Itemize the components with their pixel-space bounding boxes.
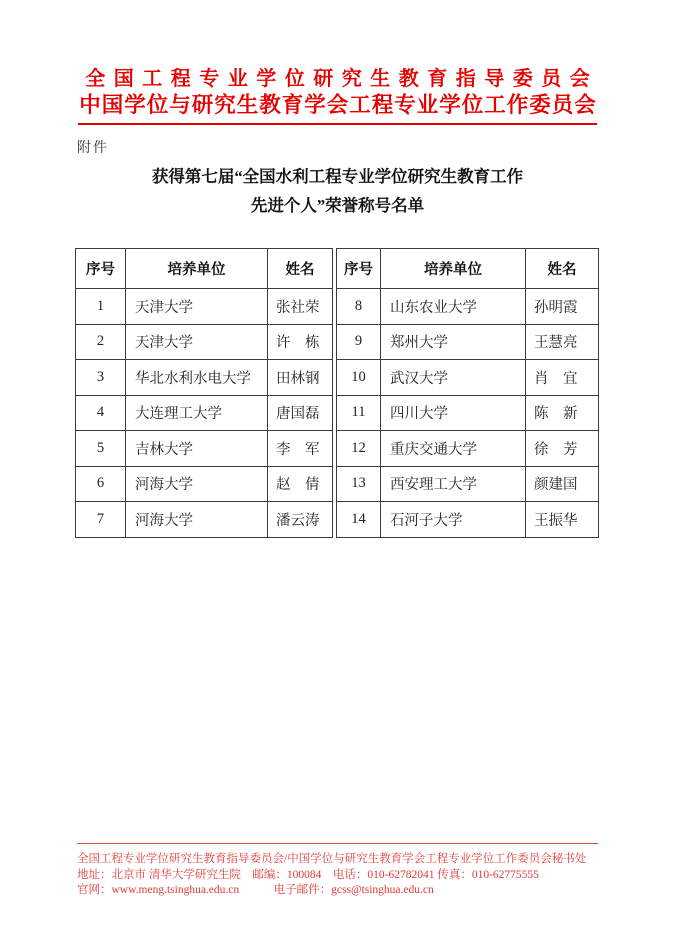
name-cell: 许 栋 [268, 324, 333, 360]
table-row: 2 天津大学 许 栋 [76, 324, 333, 360]
table-row: 6 河海大学 赵 倩 [76, 466, 333, 502]
table-row: 8 山东农业大学 孙明霞 [337, 289, 599, 325]
seq-cell: 7 [76, 502, 126, 538]
seq-cell: 10 [337, 360, 381, 396]
table-row: 13 西安理工大学 颜建国 [337, 466, 599, 502]
name-cell: 徐 芳 [526, 431, 599, 467]
document-page: 全国工程专业学位研究生教育指导委员会 中国学位与研究生教育学会工程专业学位工作委… [0, 0, 675, 949]
footer-contact-line: 官网：www.meng.tsinghua.edu.cn 电子邮件：gcss@ts… [77, 883, 598, 899]
document-title: 获得第七届“全国水利工程专业学位研究生教育工作 先进个人”荣誉称号名单 [0, 162, 675, 220]
table-row: 14 石河子大学 王振华 [337, 502, 599, 538]
unit-cell: 石河子大学 [381, 502, 526, 538]
footer-address-line: 地址：北京市 清华大学研究生院 邮编：100084 电话：010-6278204… [77, 868, 598, 884]
unit-cell: 郑州大学 [381, 324, 526, 360]
unit-cell: 河海大学 [126, 502, 268, 538]
name-cell: 肖 宜 [526, 360, 599, 396]
table-row: 3 华北水利水电大学 田林钢 [76, 360, 333, 396]
table-row: 7 河海大学 潘云涛 [76, 502, 333, 538]
name-cell: 陈 新 [526, 395, 599, 431]
seq-cell: 13 [337, 466, 381, 502]
table-row: 1 天津大学 张社荣 [76, 289, 333, 325]
unit-cell: 天津大学 [126, 324, 268, 360]
name-cell: 王振华 [526, 502, 599, 538]
name-cell: 李 军 [268, 431, 333, 467]
attachment-label: 附件 [77, 137, 109, 157]
letterhead-line-1: 全国工程专业学位研究生教育指导委员会 [78, 66, 606, 92]
unit-cell: 武汉大学 [381, 360, 526, 396]
seq-cell: 12 [337, 431, 381, 467]
table-row: 5 吉林大学 李 军 [76, 431, 333, 467]
unit-cell: 山东农业大学 [381, 289, 526, 325]
roster-table-left: 序号 培养单位 姓名 1 天津大学 张社荣 2 天津大学 许 栋 3 华北水利水… [75, 248, 333, 538]
unit-cell: 四川大学 [381, 395, 526, 431]
seq-cell: 4 [76, 395, 126, 431]
roster-table-right: 序号 培养单位 姓名 8 山东农业大学 孙明霞 9 郑州大学 王慧亮 10 武汉… [336, 248, 599, 538]
unit-cell: 西安理工大学 [381, 466, 526, 502]
seq-cell: 5 [76, 431, 126, 467]
seq-cell: 1 [76, 289, 126, 325]
unit-cell: 河海大学 [126, 466, 268, 502]
seq-cell: 9 [337, 324, 381, 360]
letterhead-line-2: 中国学位与研究生教育学会工程专业学位工作委员会 [78, 92, 598, 118]
name-cell: 唐国磊 [268, 395, 333, 431]
name-cell: 潘云涛 [268, 502, 333, 538]
table-row: 12 重庆交通大学 徐 芳 [337, 431, 599, 467]
roster-tables: 序号 培养单位 姓名 1 天津大学 张社荣 2 天津大学 许 栋 3 华北水利水… [75, 248, 599, 538]
document-title-line-1: 获得第七届“全国水利工程专业学位研究生教育工作 [0, 162, 675, 191]
unit-cell: 华北水利水电大学 [126, 360, 268, 396]
document-title-line-2: 先进个人”荣誉称号名单 [0, 191, 675, 220]
name-cell: 王慧亮 [526, 324, 599, 360]
table-row: 11 四川大学 陈 新 [337, 395, 599, 431]
name-cell: 孙明霞 [526, 289, 599, 325]
column-header-unit: 培养单位 [381, 249, 526, 289]
name-cell: 田林钢 [268, 360, 333, 396]
unit-cell: 重庆交通大学 [381, 431, 526, 467]
unit-cell: 吉林大学 [126, 431, 268, 467]
seq-cell: 14 [337, 502, 381, 538]
seq-cell: 11 [337, 395, 381, 431]
table-header-row: 序号 培养单位 姓名 [337, 249, 599, 289]
seq-cell: 8 [337, 289, 381, 325]
name-cell: 赵 倩 [268, 466, 333, 502]
unit-cell: 天津大学 [126, 289, 268, 325]
footer-secretariat-line: 全国工程专业学位研究生教育指导委员会/中国学位与研究生教育学会工程专业学位工作委… [77, 852, 598, 868]
table-header-row: 序号 培养单位 姓名 [76, 249, 333, 289]
footer: 全国工程专业学位研究生教育指导委员会/中国学位与研究生教育学会工程专业学位工作委… [77, 843, 598, 899]
table-row: 4 大连理工大学 唐国磊 [76, 395, 333, 431]
table-row: 10 武汉大学 肖 宜 [337, 360, 599, 396]
name-cell: 颜建国 [526, 466, 599, 502]
column-header-name: 姓名 [526, 249, 599, 289]
name-cell: 张社荣 [268, 289, 333, 325]
unit-cell: 大连理工大学 [126, 395, 268, 431]
table-row: 9 郑州大学 王慧亮 [337, 324, 599, 360]
column-header-seq: 序号 [337, 249, 381, 289]
column-header-name: 姓名 [268, 249, 333, 289]
seq-cell: 6 [76, 466, 126, 502]
seq-cell: 3 [76, 360, 126, 396]
letterhead: 全国工程专业学位研究生教育指导委员会 中国学位与研究生教育学会工程专业学位工作委… [78, 66, 597, 125]
column-header-unit: 培养单位 [126, 249, 268, 289]
column-header-seq: 序号 [76, 249, 126, 289]
seq-cell: 2 [76, 324, 126, 360]
